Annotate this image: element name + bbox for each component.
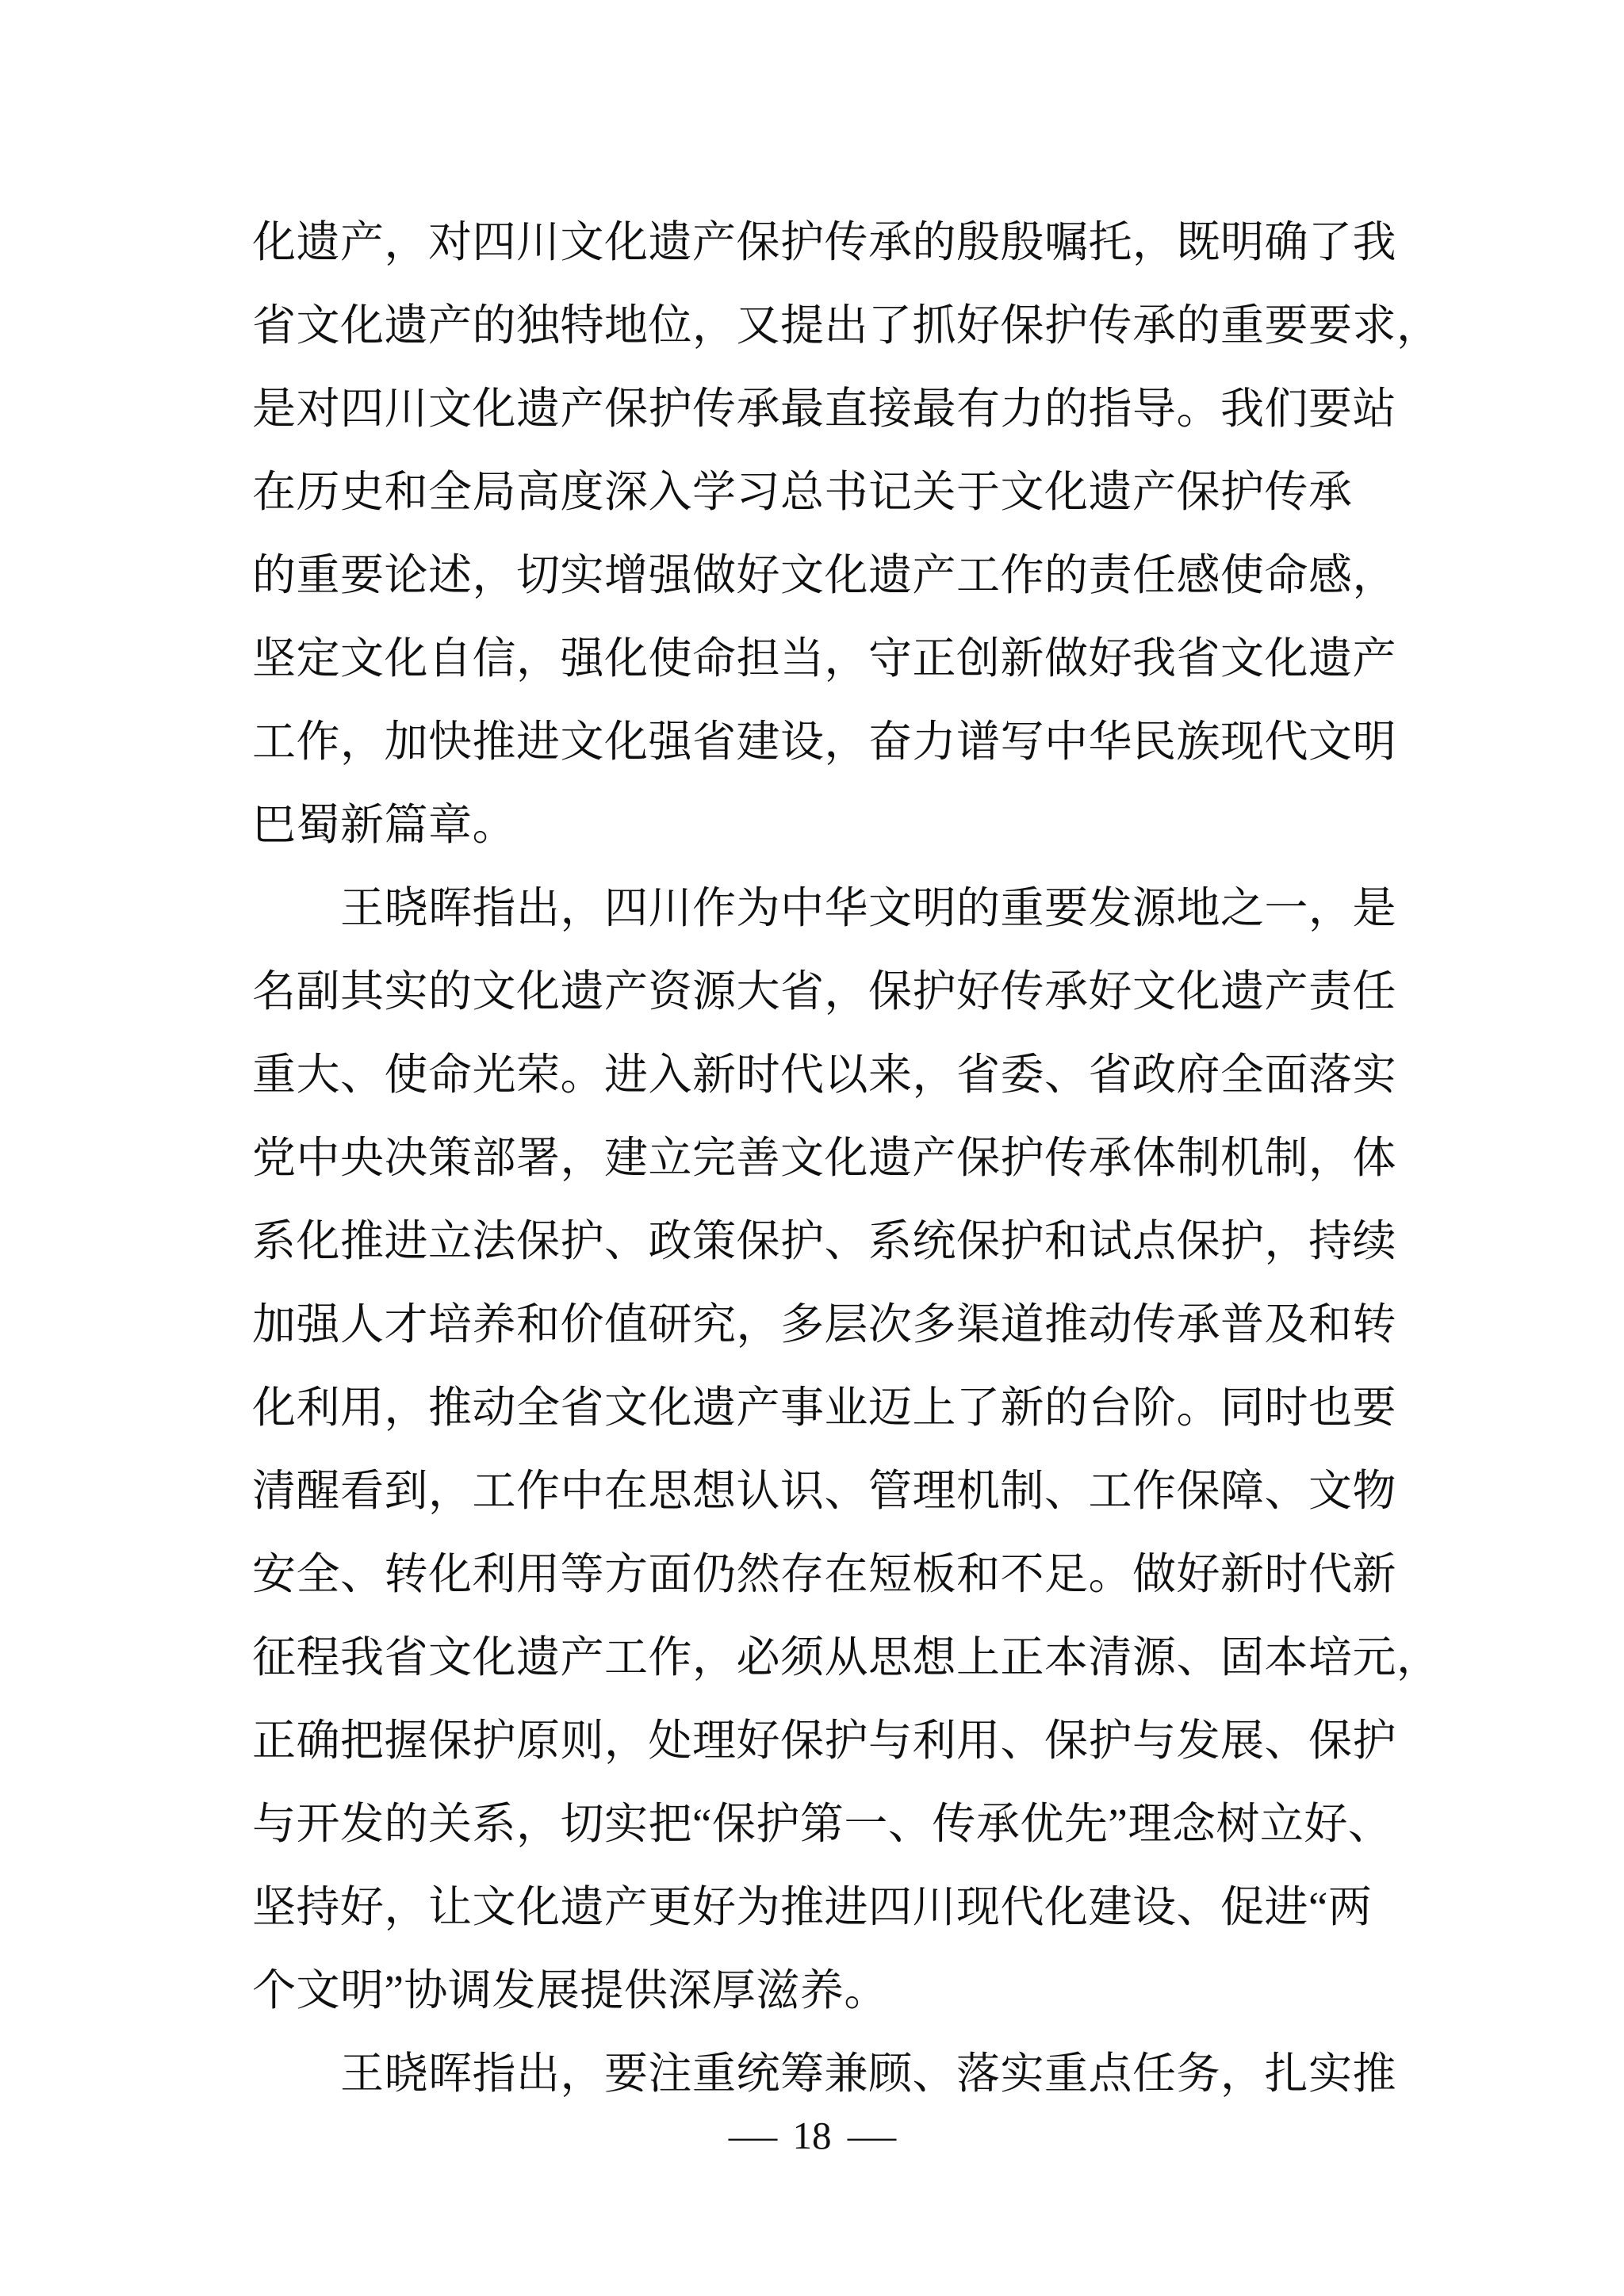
document-page: 化遗产，对四川文化遗产保护传承的殷殷嘱托，既明确了我省文化遗产的独特地位，又提出…	[0, 0, 1624, 2296]
text-line: 党中央决策部署，建立完善文化遗产保护传承体制机制，体	[252, 1116, 1400, 1200]
text-line: 加强人才培养和价值研究，多层次多渠道推动传承普及和转	[252, 1283, 1400, 1366]
text-line: 系化推进立法保护、政策保护、系统保护和试点保护，持续	[252, 1200, 1400, 1283]
text-line: 王晓晖指出，要注重统筹兼顾、落实重点任务，扎实推	[252, 2032, 1400, 2115]
text-line: 化遗产，对四川文化遗产保护传承的殷殷嘱托，既明确了我	[252, 201, 1400, 284]
text-line: 与开发的关系，切实把“保护第一、传承优先”理念树立好、	[252, 1782, 1400, 1865]
text-line: 的重要论述，切实增强做好文化遗产工作的责任感使命感，	[252, 534, 1400, 617]
text-line: 名副其实的文化遗产资源大省，保护好传承好文化遗产责任	[252, 950, 1400, 1033]
text-line: 坚持好，让文化遗产更好为推进四川现代化建设、促进“两	[252, 1865, 1400, 1949]
page-footer: —18—	[0, 2110, 1624, 2161]
footer-dash-left: —	[728, 2110, 776, 2161]
text-line: 是对四川文化遗产保护传承最直接最有力的指导。我们要站	[252, 367, 1400, 450]
paragraph: 王晓晖指出，要注重统筹兼顾、落实重点任务，扎实推	[252, 2032, 1400, 2115]
text-line: 坚定文化自信，强化使命担当，守正创新做好我省文化遗产	[252, 617, 1400, 700]
text-line: 重大、使命光荣。进入新时代以来，省委、省政府全面落实	[252, 1033, 1400, 1116]
text-line: 王晓晖指出，四川作为中华文明的重要发源地之一，是	[252, 867, 1400, 950]
page-number: 18	[793, 2110, 832, 2161]
paragraph: 王晓晖指出，四川作为中华文明的重要发源地之一，是名副其实的文化遗产资源大省，保护…	[252, 867, 1400, 2032]
text-line: 省文化遗产的独特地位，又提出了抓好保护传承的重要要求，	[252, 284, 1400, 367]
text-line: 在历史和全局高度深入学习总书记关于文化遗产保护传承	[252, 450, 1400, 534]
text-line: 工作，加快推进文化强省建设，奋力谱写中华民族现代文明	[252, 700, 1400, 783]
text-line: 清醒看到，工作中在思想认识、管理机制、工作保障、文物	[252, 1449, 1400, 1533]
footer-dash-right: —	[847, 2110, 895, 2161]
text-line: 安全、转化利用等方面仍然存在短板和不足。做好新时代新	[252, 1533, 1400, 1616]
text-line: 征程我省文化遗产工作，必须从思想上正本清源、固本培元，	[252, 1616, 1400, 1699]
text-line: 正确把握保护原则，处理好保护与利用、保护与发展、保护	[252, 1699, 1400, 1782]
paragraph: 化遗产，对四川文化遗产保护传承的殷殷嘱托，既明确了我省文化遗产的独特地位，又提出…	[252, 201, 1400, 867]
text-line: 个文明”协调发展提供深厚滋养。	[252, 1949, 1400, 2032]
text-line: 巴蜀新篇章。	[252, 783, 1400, 867]
text-line: 化利用，推动全省文化遗产事业迈上了新的台阶。同时也要	[252, 1366, 1400, 1449]
document-body: 化遗产，对四川文化遗产保护传承的殷殷嘱托，既明确了我省文化遗产的独特地位，又提出…	[252, 201, 1400, 2115]
